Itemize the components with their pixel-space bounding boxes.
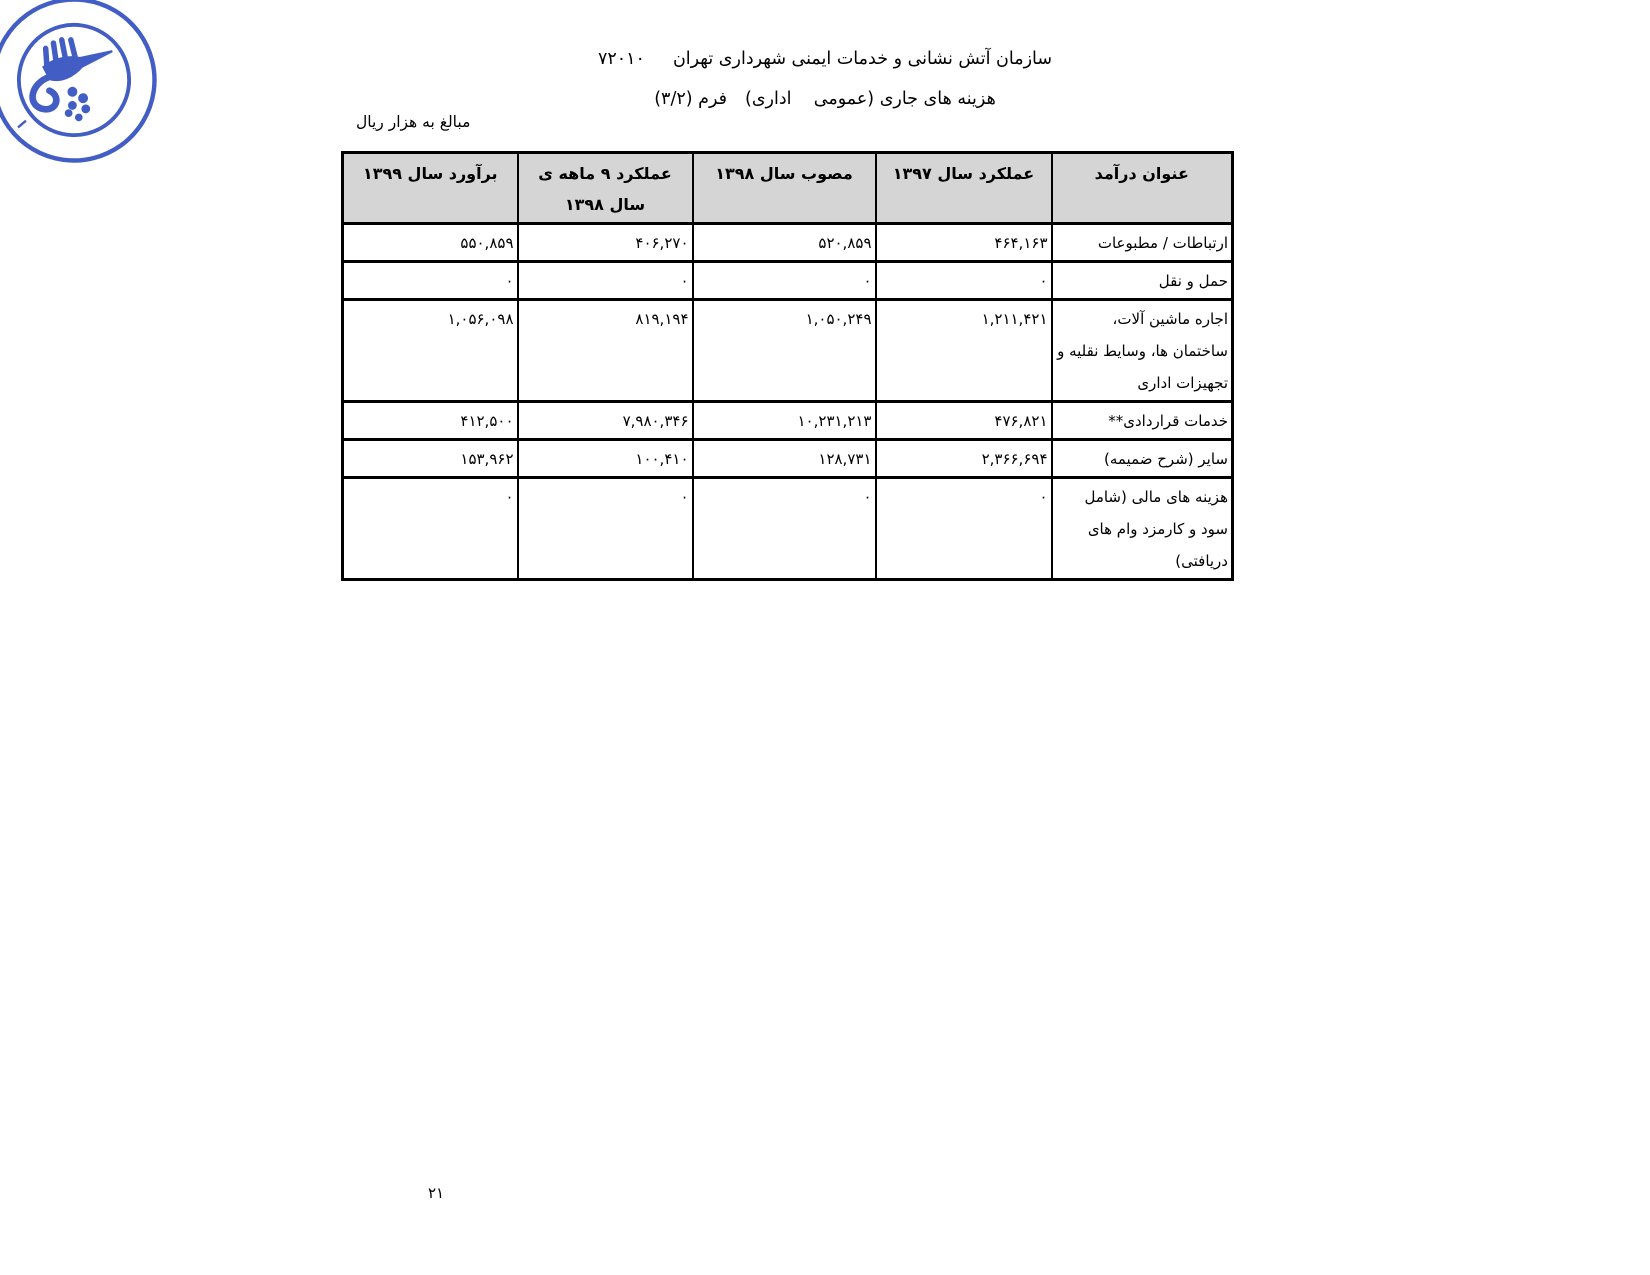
table-row: سایر (شرح ضمیمه) ۲,۳۶۶,۶۹۴ ۱۲۸,۷۳۱ ۱۰۰,۴… (343, 440, 1233, 478)
value-cell: ۰ (693, 478, 876, 580)
row-label-cell: سایر (شرح ضمیمه) (1052, 440, 1233, 478)
stamp-inner-ring (7, 13, 141, 147)
value-cell: ۱,۰۵۶,۰۹۸ (343, 300, 518, 402)
stamp-emblem-icon (21, 29, 127, 131)
document-page: { "header": { "code": "۷۲۰۱۰", "org_titl… (0, 0, 1650, 1275)
value-cell: ۰ (343, 478, 518, 580)
column-header-estimate-1399: برآورد سال ۱۳۹۹ (343, 153, 518, 224)
table-row: هزینه های مالی (شامل سود و کارمزد وام ها… (343, 478, 1233, 580)
row-label-cell: خدمات قراردادی** (1052, 402, 1233, 440)
value-cell: ۰ (876, 478, 1052, 580)
value-cell: ۱۰۰,۴۱۰ (518, 440, 693, 478)
table-row: ارتباطات / مطبوعات ۴۶۴,۱۶۳ ۵۲۰,۸۵۹ ۴۰۶,۲… (343, 224, 1233, 262)
row-label-cell: ارتباطات / مطبوعات (1052, 224, 1233, 262)
form-number: فرم (۳/۲) (654, 86, 727, 112)
table-header-row: عنوان درآمد عملکرد سال ۱۳۹۷ مصوب سال ۱۳۹… (343, 153, 1233, 224)
value-cell: ۵۵۰,۸۵۹ (343, 224, 518, 262)
table-row: حمل و نقل ۰ ۰ ۰ ۰ (343, 262, 1233, 300)
value-cell: ۱۰,۲۳۱,۲۱۳ (693, 402, 876, 440)
org-title: سازمان آتش نشانی و خدمات ایمنی شهرداری ت… (673, 46, 1052, 72)
row-label-cell: اجاره ماشین آلات، ساختمان ها، وسایط نقلی… (1052, 300, 1233, 402)
table-row: خدمات قراردادی** ۴۷۶,۸۲۱ ۱۰,۲۳۱,۲۱۳ ۷,۹۸… (343, 402, 1233, 440)
value-cell: ۰ (518, 262, 693, 300)
value-cell: ۰ (518, 478, 693, 580)
value-cell: ۱,۲۱۱,۴۲۱ (876, 300, 1052, 402)
table-row: اجاره ماشین آلات، ساختمان ها، وسایط نقلی… (343, 300, 1233, 402)
value-cell: ۸۱۹,۱۹۴ (518, 300, 693, 402)
value-cell: ۰ (693, 262, 876, 300)
row-label-cell: هزینه های مالی (شامل سود و کارمزد وام ها… (1052, 478, 1233, 580)
value-cell: ۱,۰۵۰,۲۴۹ (693, 300, 876, 402)
value-cell: ۴۶۴,۱۶۳ (876, 224, 1052, 262)
value-cell: ۱۵۳,۹۶۲ (343, 440, 518, 478)
row-label-cell: حمل و نقل (1052, 262, 1233, 300)
expense-subtitle: هزینه های جاری (عمومی اداری) (745, 86, 996, 112)
column-header-approved-1398: مصوب سال ۱۳۹۸ (693, 153, 876, 224)
column-header-perf-1397: عملکرد سال ۱۳۹۷ (876, 153, 1052, 224)
revenue-table: عنوان درآمد عملکرد سال ۱۳۹۷ مصوب سال ۱۳۹… (341, 151, 1234, 581)
value-cell: ۵۲۰,۸۵۹ (693, 224, 876, 262)
value-cell: ۴۷۶,۸۲۱ (876, 402, 1052, 440)
form-subtitle-line: هزینه های جاری (عمومی اداری) فرم (۳/۲) (0, 86, 1650, 112)
page-number: ۲۱ (416, 1184, 456, 1202)
value-cell: ۰ (876, 262, 1052, 300)
value-cell: ۴۰۶,۲۷۰ (518, 224, 693, 262)
value-cell: ۱۲۸,۷۳۱ (693, 440, 876, 478)
document-title-line: ۷۲۰۱۰ سازمان آتش نشانی و خدمات ایمنی شهر… (0, 46, 1650, 72)
column-header-title: عنوان درآمد (1052, 153, 1233, 224)
value-cell: ۲,۳۶۶,۶۹۴ (876, 440, 1052, 478)
unit-note: مبالغ به هزار ریال (356, 113, 470, 131)
org-code: ۷۲۰۱۰ (598, 46, 645, 72)
column-header-9month-1398: عملکرد ۹ ماهه ی سال ۱۳۹۸ (518, 153, 693, 224)
value-cell: ۴۱۲,۵۰۰ (343, 402, 518, 440)
value-cell: ۷,۹۸۰,۳۴۶ (518, 402, 693, 440)
value-cell: ۰ (343, 262, 518, 300)
